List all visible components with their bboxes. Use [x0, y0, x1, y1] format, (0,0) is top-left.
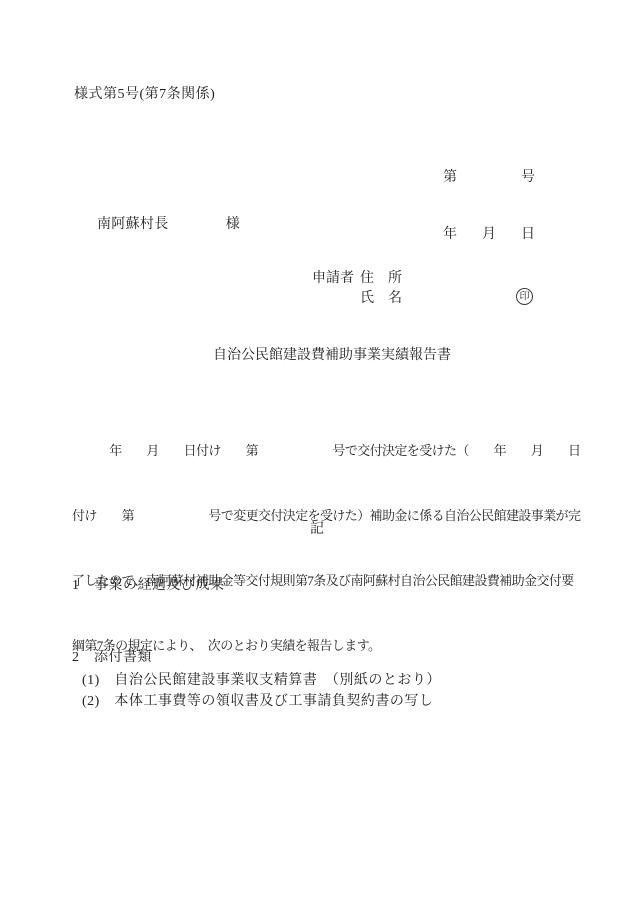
ref-number-suffix: 号	[521, 169, 535, 186]
applicant-block: 申請者 住 所 氏 名	[312, 269, 402, 309]
body-line-2: 付け 第 号で変更交付決定を受けた）補助金に係る自治公民館建設事業が完	[72, 505, 580, 527]
section-2-heading: 2 添付書類	[72, 646, 152, 666]
form-number-label: 様式第5号(第7条関係)	[74, 83, 215, 103]
date-month-label: 月	[482, 226, 496, 243]
seal-stamp-icon: 印	[516, 288, 533, 305]
applicant-label: 申請者	[312, 269, 354, 289]
ref-number-row: 第 号	[443, 169, 535, 186]
applicant-address-label: 住 所	[360, 269, 402, 289]
section-1-heading: 1 事業の経過及び成果	[72, 574, 225, 594]
attachment-item-1: (1) 自治公民館建設事業収支精算書 （別紙のとおり）	[82, 669, 441, 689]
ref-number-date-block: 第 号 年 月 日	[443, 135, 535, 277]
applicant-fields: 住 所 氏 名	[360, 269, 402, 309]
body-line-1: 年 月 日付け 第 号で交付決定を受けた（ 年 月 日	[72, 440, 580, 462]
document-page: 様式第5号(第7条関係) 第 号 年 月 日 南阿蘇村長 様 申請者 住 所 氏…	[0, 0, 630, 915]
date-row: 年 月 日	[443, 226, 535, 243]
addressee-line: 南阿蘇村長 様	[97, 213, 240, 233]
document-title: 自治公民館建設費補助事業実績報告書	[213, 344, 451, 364]
date-day-label: 日	[521, 226, 535, 243]
date-year-label: 年	[443, 226, 457, 243]
record-marker: 記	[310, 518, 324, 538]
seal-character: 印	[520, 292, 530, 302]
ref-number-prefix: 第	[443, 169, 457, 186]
applicant-name-label: 氏 名	[360, 289, 402, 309]
attachment-item-2: (2) 本体工事費等の領収書及び工事請負契約書の写し	[82, 690, 433, 710]
